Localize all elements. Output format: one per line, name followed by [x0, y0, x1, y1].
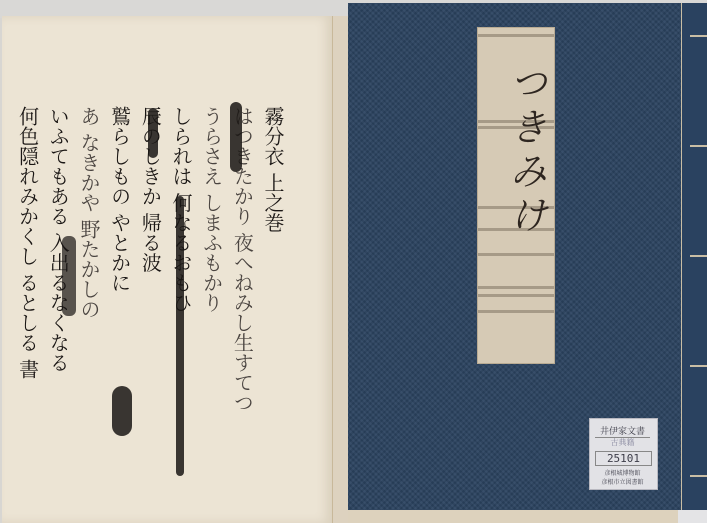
page-edge	[332, 16, 349, 523]
label-line: 彦根市立図書館	[595, 477, 650, 486]
title-slip-text: つきみけ	[488, 63, 544, 239]
left-text-page: 霧分衣 上之巻 はつきたかり 夜へねみし生すてつ うらさえ しまふもかり しられ…	[2, 16, 332, 523]
text-column: 辰のしきか 帰る波	[139, 106, 164, 506]
ink-smudge	[230, 102, 242, 172]
page-edge-bottom	[348, 510, 678, 523]
label-line: 彦根城博物館	[595, 468, 650, 477]
ink-smudge	[112, 386, 132, 436]
text-columns: 霧分衣 上之巻 はつきたかり 夜へねみし生すてつ うらさえ しまふもかり しられ…	[16, 106, 286, 506]
title-slip: つきみけ	[477, 27, 555, 364]
text-column: 鷲らしもの やとかに	[108, 106, 133, 506]
label-line: 古典籍	[595, 437, 650, 448]
text-column: あ なきかや 野たかしの	[77, 106, 102, 506]
label-number: 25101	[595, 451, 652, 466]
text-column: 何色隠れみかくし るとしる 書	[16, 106, 41, 506]
book-cover: つきみけ 井伊家文書 古典籍 25101 彦根城博物館 彦根市立図書館	[348, 3, 681, 510]
book-spine-binding	[681, 3, 707, 510]
ink-smudge	[148, 108, 158, 158]
text-column-heading: 霧分衣 上之巻	[261, 106, 286, 506]
ink-smudge	[62, 236, 76, 316]
ink-smudge	[176, 196, 184, 476]
text-column: うらさえ しまふもかり	[200, 106, 225, 506]
label-line: 井伊家文書	[595, 424, 650, 438]
background	[678, 510, 707, 523]
library-label: 井伊家文書 古典籍 25101 彦根城博物館 彦根市立図書館	[589, 418, 658, 490]
